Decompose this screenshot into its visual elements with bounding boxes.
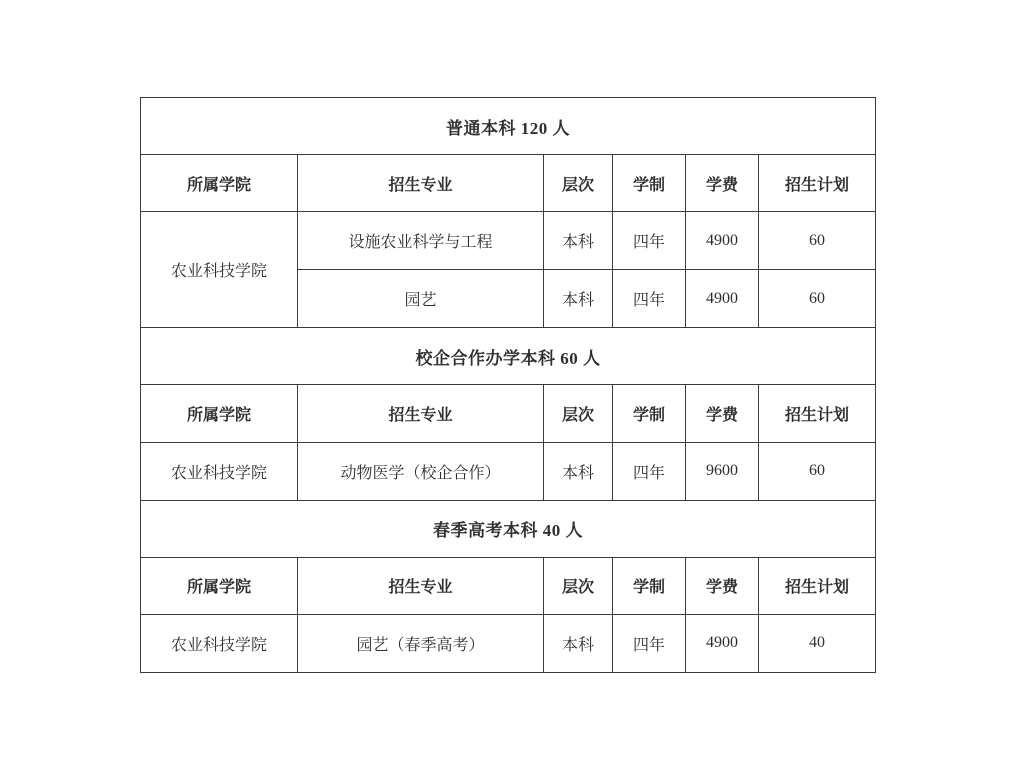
col-header-duration: 学制 xyxy=(613,155,686,212)
table-row: 农业科技学院 设施农业科学与工程 本科 四年 4900 60 xyxy=(141,212,876,270)
col-header-major: 招生专业 xyxy=(298,385,544,442)
cell-major: 园艺（春季高考） xyxy=(298,614,544,672)
document-page: 普通本科 120 人 所属学院 招生专业 层次 学制 学费 招生计划 农业科技学… xyxy=(0,0,1024,767)
col-header-plan: 招生计划 xyxy=(759,385,876,442)
cell-duration: 四年 xyxy=(613,442,686,500)
section-title: 春季高考本科 40 人 xyxy=(141,500,876,557)
column-header-row: 所属学院 招生专业 层次 学制 学费 招生计划 xyxy=(141,385,876,442)
cell-college: 农业科技学院 xyxy=(141,442,298,500)
col-header-tuition: 学费 xyxy=(686,557,759,614)
cell-level: 本科 xyxy=(544,614,613,672)
col-header-major: 招生专业 xyxy=(298,155,544,212)
table-row: 农业科技学院 园艺（春季高考） 本科 四年 4900 40 xyxy=(141,614,876,672)
col-header-duration: 学制 xyxy=(613,385,686,442)
col-header-level: 层次 xyxy=(544,557,613,614)
table-row: 农业科技学院 动物医学（校企合作） 本科 四年 9600 60 xyxy=(141,442,876,500)
section-header-spring-exam: 春季高考本科 40 人 xyxy=(141,500,876,557)
cell-duration: 四年 xyxy=(613,270,686,328)
cell-plan: 60 xyxy=(759,212,876,270)
cell-college: 农业科技学院 xyxy=(141,614,298,672)
section-title: 普通本科 120 人 xyxy=(141,98,876,155)
cell-tuition: 4900 xyxy=(686,212,759,270)
section-title: 校企合作办学本科 60 人 xyxy=(141,328,876,385)
col-header-college: 所属学院 xyxy=(141,557,298,614)
cell-major: 园艺 xyxy=(298,270,544,328)
cell-tuition: 4900 xyxy=(686,614,759,672)
cell-major: 动物医学（校企合作） xyxy=(298,442,544,500)
column-header-row: 所属学院 招生专业 层次 学制 学费 招生计划 xyxy=(141,557,876,614)
cell-plan: 60 xyxy=(759,270,876,328)
cell-level: 本科 xyxy=(544,442,613,500)
section-header-cooperation: 校企合作办学本科 60 人 xyxy=(141,328,876,385)
cell-major: 设施农业科学与工程 xyxy=(298,212,544,270)
cell-plan: 60 xyxy=(759,442,876,500)
col-header-duration: 学制 xyxy=(613,557,686,614)
cell-tuition: 9600 xyxy=(686,442,759,500)
col-header-tuition: 学费 xyxy=(686,155,759,212)
col-header-major: 招生专业 xyxy=(298,557,544,614)
cell-plan: 40 xyxy=(759,614,876,672)
cell-duration: 四年 xyxy=(613,614,686,672)
col-header-plan: 招生计划 xyxy=(759,557,876,614)
col-header-tuition: 学费 xyxy=(686,385,759,442)
col-header-level: 层次 xyxy=(544,155,613,212)
col-header-college: 所属学院 xyxy=(141,385,298,442)
col-header-level: 层次 xyxy=(544,385,613,442)
cell-tuition: 4900 xyxy=(686,270,759,328)
cell-level: 本科 xyxy=(544,270,613,328)
cell-college: 农业科技学院 xyxy=(141,212,298,328)
section-header-regular: 普通本科 120 人 xyxy=(141,98,876,155)
col-header-plan: 招生计划 xyxy=(759,155,876,212)
cell-level: 本科 xyxy=(544,212,613,270)
enrollment-plan-table: 普通本科 120 人 所属学院 招生专业 层次 学制 学费 招生计划 农业科技学… xyxy=(140,97,876,673)
column-header-row: 所属学院 招生专业 层次 学制 学费 招生计划 xyxy=(141,155,876,212)
cell-duration: 四年 xyxy=(613,212,686,270)
col-header-college: 所属学院 xyxy=(141,155,298,212)
